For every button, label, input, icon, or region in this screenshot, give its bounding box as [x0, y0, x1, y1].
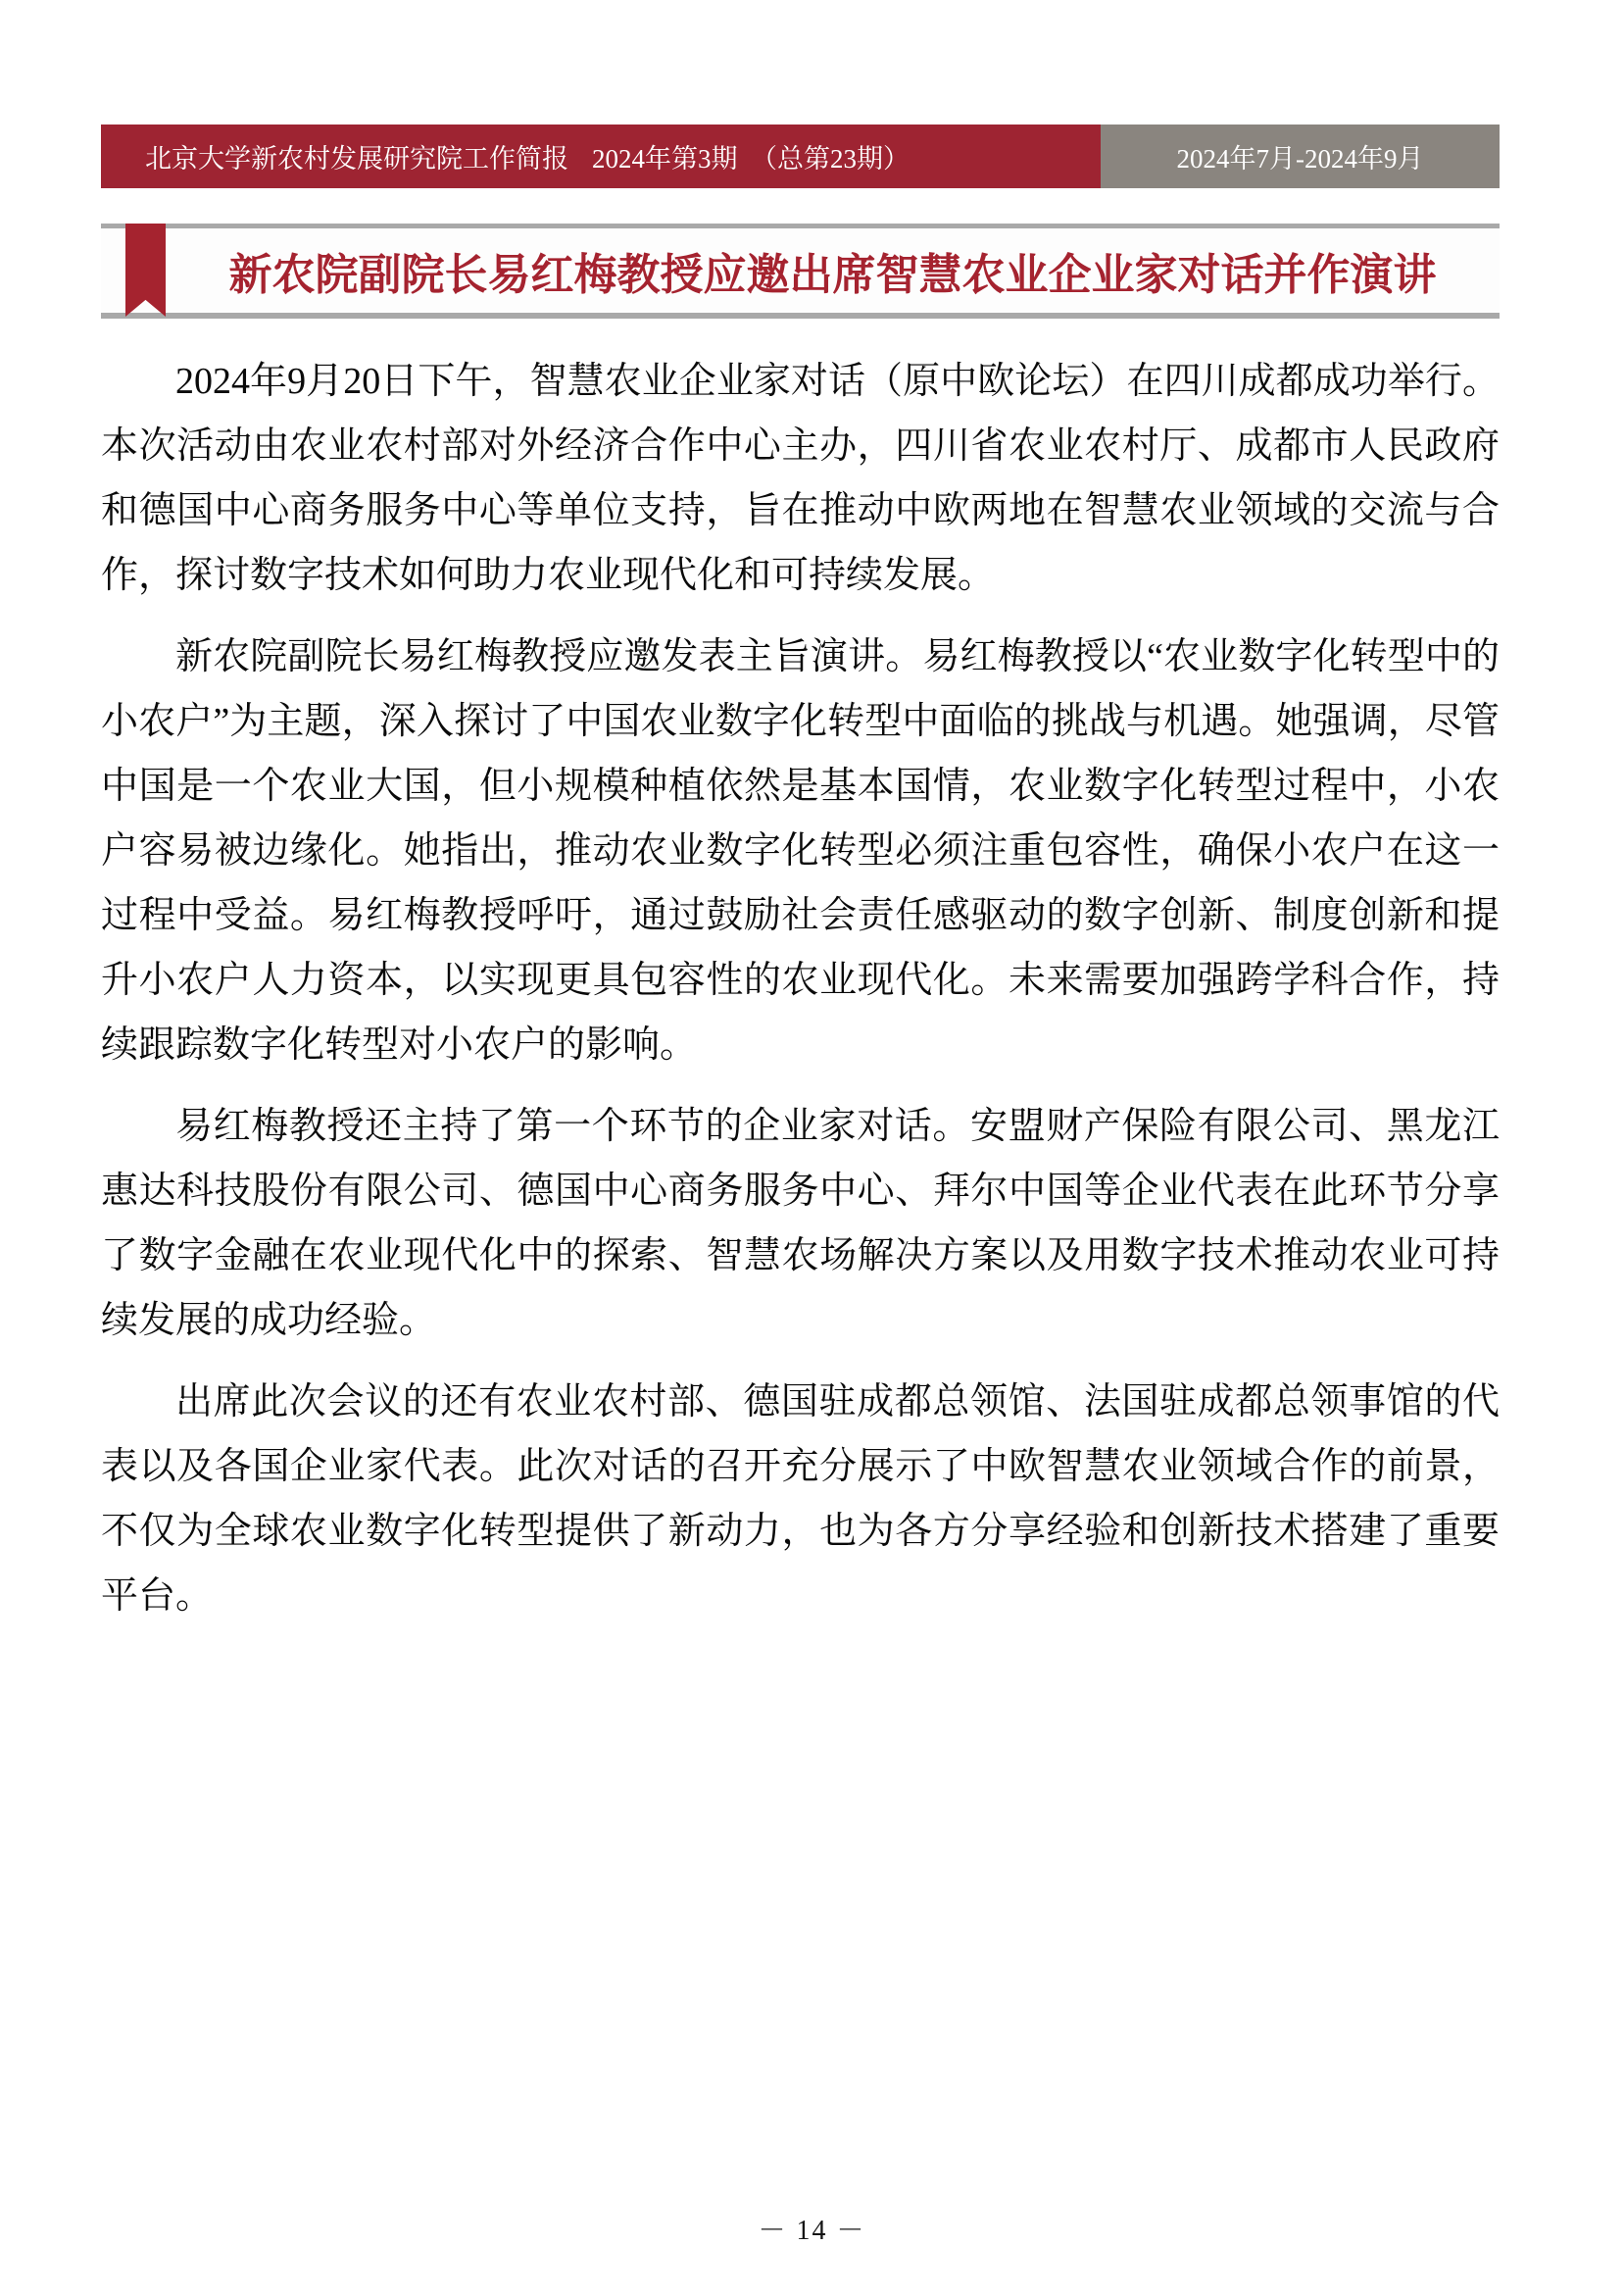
bookmark-ribbon-icon — [125, 224, 166, 317]
body-paragraph: 新农院副院长易红梅教授应邀发表主旨演讲。易红梅教授以“农业数字化转型中的小农户”… — [101, 624, 1500, 1077]
page-number: － 14 － — [0, 2209, 1624, 2248]
body-paragraph: 2024年9月20日下午，智慧农业企业家对话（原中欧论坛）在四川成都成功举行。本… — [101, 349, 1500, 608]
period-range: 2024年7月-2024年9月 — [1177, 137, 1424, 175]
article-body: 2024年9月20日下午，智慧农业企业家对话（原中欧论坛）在四川成都成功举行。本… — [101, 349, 1500, 1645]
header-gray-segment: 2024年7月-2024年9月 — [1101, 125, 1500, 188]
article-title: 新农院副院长易红梅教授应邀出席智慧农业企业家对话并作演讲 — [166, 239, 1500, 302]
body-paragraph: 出席此次会议的还有农业农村部、德国驻成都总领馆、法国驻成都总领事馆的代表以及各国… — [101, 1370, 1500, 1628]
body-paragraph: 易红梅教授还主持了第一个环节的企业家对话。安盟财产保险有限公司、黑龙江惠达科技股… — [101, 1094, 1500, 1353]
header-red-segment: 北京大学新农村发展研究院工作简报 2024年第3期 （总第23期） — [101, 125, 1101, 188]
publication-title: 北京大学新农村发展研究院工作简报 — [145, 137, 568, 175]
issue-number: 2024年第3期 （总第23期） — [592, 137, 910, 175]
article-title-banner: 新农院副院长易红梅教授应邀出席智慧农业企业家对话并作演讲 — [101, 224, 1500, 319]
newsletter-page: 北京大学新农村发展研究院工作简报 2024年第3期 （总第23期） 2024年7… — [0, 0, 1624, 2296]
page-header-bar: 北京大学新农村发展研究院工作简报 2024年第3期 （总第23期） 2024年7… — [101, 125, 1500, 188]
